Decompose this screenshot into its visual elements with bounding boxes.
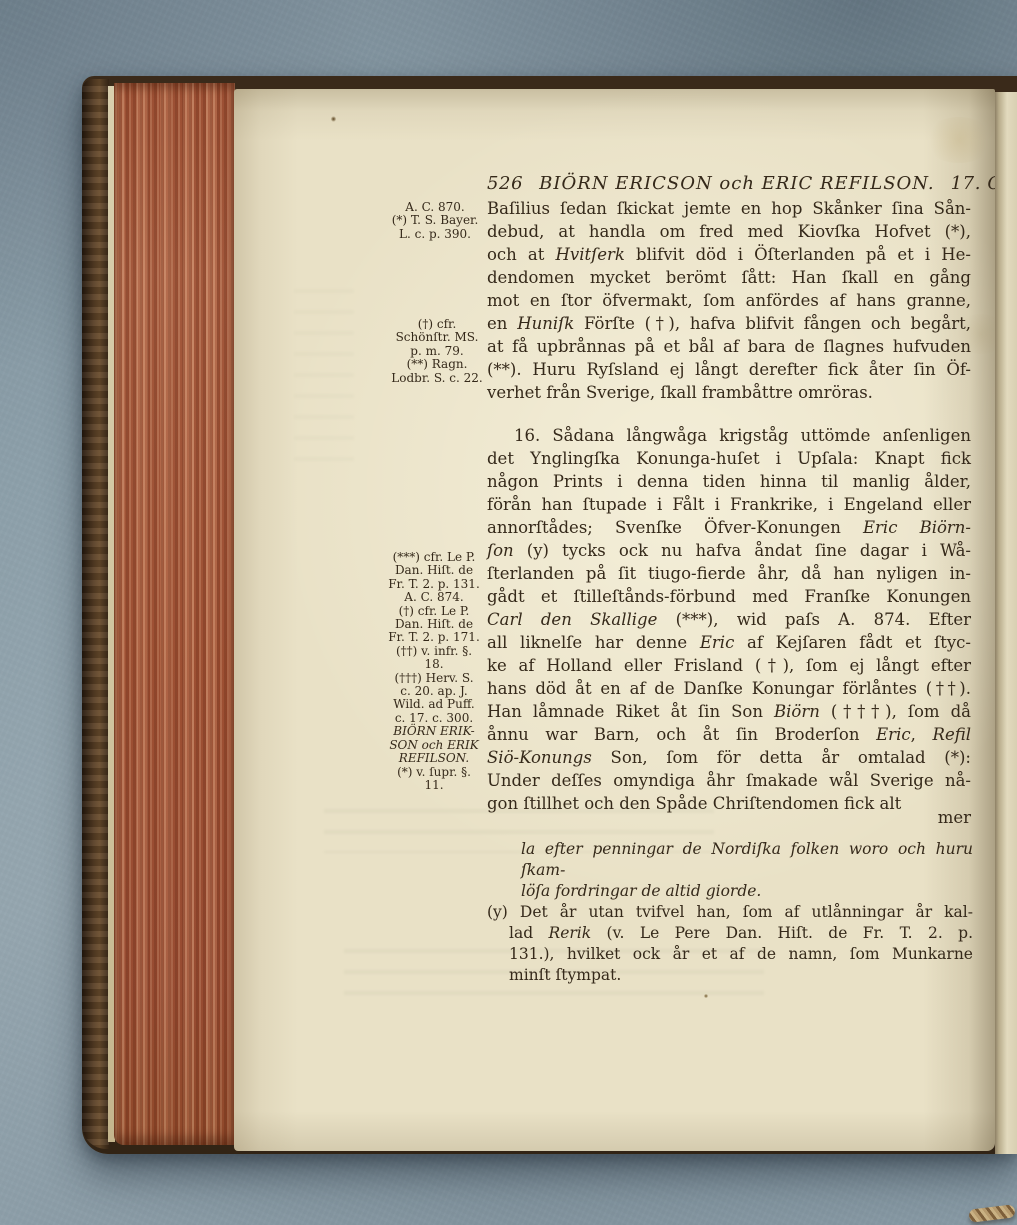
footnotes-block: la efter penningar de Nordiſka folken wo… [487, 839, 973, 986]
book-page: 526 BIÖRN ERICSON och ERIC REFILSON. 17.… [234, 89, 995, 1151]
text-line: (†††) Herv. S. [381, 672, 487, 685]
text-line: Dan. Hiſt. de [381, 618, 487, 631]
text-line: la efter penningar de Nordiſka folken wo… [487, 839, 973, 881]
text-line: p. m. 79. [384, 345, 490, 358]
text-line: 16. Sådana långwåga krigståg uttömde anſ… [487, 424, 971, 447]
text-line: Han låmnade Riket åt ſin Son Biörn (†††)… [487, 700, 971, 723]
text-line: Schönſtr. MS. [384, 331, 490, 344]
margin-note-citation: (***) cfr. Le P.Dan. Hiſt. deFr. T. 2. p… [381, 551, 487, 792]
text-line: 131.), hvilket ock år et af de namn, ſom… [487, 944, 973, 965]
paper-stain [924, 117, 994, 163]
text-line: ånnu war Barn, och åt ſin Broderſon Eric… [487, 723, 971, 746]
ink-speck [331, 116, 336, 122]
text-line: BIÖRN ERIK- [381, 725, 487, 738]
text-line: Baſilius ſedan ſkickat jemte en hop Skån… [487, 197, 971, 220]
margin-note-citation: (†) cfr.Schönſtr. MS.p. m. 79.(**) Ragn.… [384, 318, 490, 385]
text-line: Fr. T. 2. p. 131. [381, 578, 487, 591]
text-line: mot en ſtor öfvermakt, ſom anfördes af h… [487, 289, 971, 312]
text-line: SON och ERIK [381, 739, 487, 752]
text-line: löſa fordringar de altid giorde. [487, 881, 973, 902]
catchword: mer [487, 808, 971, 827]
text-line: och at Hvitſerk blifvit död i Öſterlande… [487, 243, 971, 266]
facing-page-edge [995, 92, 1017, 1154]
text-line: verhet från Sverige, ſkall frambåttre om… [487, 381, 971, 404]
sewn-endband [968, 1204, 1015, 1223]
text-line: (*) T. S. Bayer. [382, 214, 488, 227]
text-line: (y) Det år utan tvifvel han, ſom af utlå… [487, 902, 973, 923]
text-line: Wild. ad Puff. [381, 698, 487, 711]
text-line: minſt ſtympat. [487, 965, 973, 986]
text-line: (*) v. ſupr. §. [381, 766, 487, 779]
text-line: det Ynglingſka Konunga-huſet i Upſala: K… [487, 447, 971, 470]
text-line: Lodbr. S. c. 22. [384, 372, 490, 385]
page-number: 526 [487, 173, 523, 194]
text-line: c. 20. ap. J. [381, 685, 487, 698]
text-line: (***) cfr. Le P. [381, 551, 487, 564]
text-line: lad Rerik (v. Le Pere Dan. Hiſt. de Fr. … [487, 923, 973, 944]
body-paragraph-15: Baſilius ſedan ſkickat jemte en hop Skån… [487, 197, 971, 404]
text-line: förån han ſtupade i Fålt i Frankrike, i … [487, 493, 971, 516]
text-line: debud, at handla om fred med Kiovſka Hof… [487, 220, 971, 243]
red-stained-page-edges [114, 83, 235, 1145]
text-line: (**). Huru Ryſsland ej långt derefter fi… [487, 358, 971, 381]
text-line: en Huniſk Förſte (†), hafva blifvit fång… [487, 312, 971, 335]
text-line: 11. [381, 779, 487, 792]
running-title: BIÖRN ERICSON och ERIC REFILSON. [539, 173, 934, 194]
ink-speck [704, 994, 708, 998]
text-line: hans död åt en af de Danſke Konungar för… [487, 677, 971, 700]
text-line: gådt et ſtilleſtånds-förbund med Franſke… [487, 585, 971, 608]
leather-cover-edge [82, 79, 109, 1149]
text-line: (†) cfr. Le P. [381, 605, 487, 618]
text-line: ſterlanden på ſit tiugo-fierde åhr, då h… [487, 562, 971, 585]
text-line: A. C. 870. [382, 201, 488, 214]
margin-note-citation: A. C. 870.(*) T. S. Bayer.L. c. p. 390. [382, 201, 488, 241]
text-line: A. C. 874. [381, 591, 487, 604]
show-through-text [294, 289, 354, 469]
text-line: (††) v. infr. §. [381, 645, 487, 658]
text-line: dendomen mycket berömt ſått: Han ſkall e… [487, 266, 971, 289]
text-line: Fr. T. 2. p. 171. [381, 631, 487, 644]
text-line: Carl den Skallige (***), wid paſs A. 874… [487, 608, 971, 631]
text-line: ſon (y) tycks ock nu hafva åndat ſine da… [487, 539, 971, 562]
text-line: Under deſſes omyndiga åhr ſmakade wål Sv… [487, 769, 971, 792]
text-line: REFILSON. [381, 752, 487, 765]
text-line: ke af Holland eller Frisland (†), ſom ej… [487, 654, 971, 677]
text-line: (†) cfr. [384, 318, 490, 331]
text-line: annorſtådes; Svenſke Öfver-Konungen Eric… [487, 516, 971, 539]
text-line: (**) Ragn. [384, 358, 490, 371]
body-paragraph-16: 16. Sådana långwåga krigståg uttömde anſ… [487, 424, 971, 815]
running-header: 526 BIÖRN ERICSON och ERIC REFILSON. 17.… [487, 173, 963, 194]
text-line: Dan. Hiſt. de [381, 564, 487, 577]
book: 526 BIÖRN ERICSON och ERIC REFILSON. 17.… [82, 76, 1017, 1154]
text-line: at få upbrånnas på et bål af bara de ſla… [487, 335, 971, 358]
text-line: all liknelſe har denne Eric af Kejſaren … [487, 631, 971, 654]
text-line: någon Prints i denna tiden hinna til man… [487, 470, 971, 493]
text-line: 18. [381, 658, 487, 671]
text-line: Siö-Konungs Son, ſom för detta år omtala… [487, 746, 971, 769]
text-line: L. c. p. 390. [382, 228, 488, 241]
